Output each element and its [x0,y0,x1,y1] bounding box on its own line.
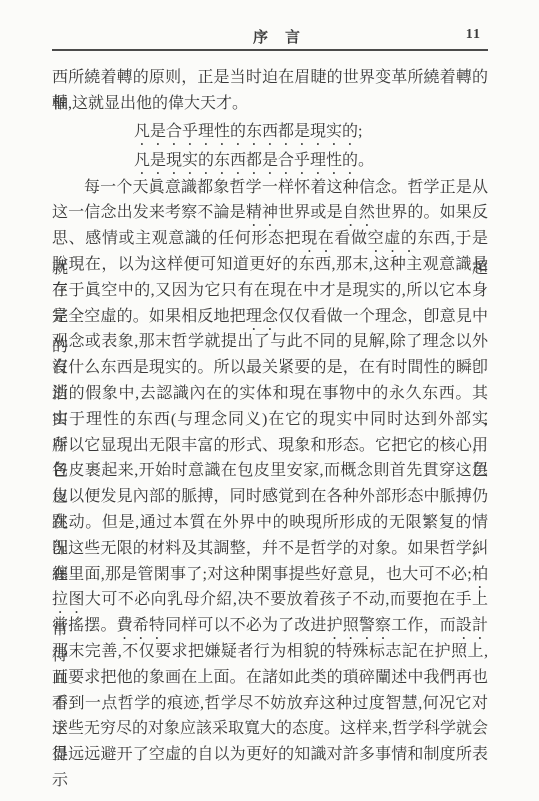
text-line: 得远远避开了空虛的自以为更好的知識对許多事情和制度所表示 [52,742,488,768]
text-line: 观念或表象,那末哲学就提出了与此不同的見解,除了理念以外沒 [52,329,488,355]
paragraph: 每一个天眞意識都象哲学一样怀着这种信念。哲学正是从这一信念出发来考察不論是精神世… [52,175,488,768]
text-line: 跳动。但是,通过本質在外界中的映現所形成的无限繁复的情况， [52,510,488,536]
book-page: 序 言 11 西所繞着轉的原则，正是当时迫在眉睫的世界变革所繞着轉的樞軸,这就显… [0,0,539,801]
text-line: 完全空虛的。如果相反地把理念仅仅看做一个理念，卽意見中的 [52,304,488,330]
text-line: 思、感情或主观意識的任何形态把現在看做空虛的东西,于是就超 [52,226,488,252]
text-segment: 常搖摆。 [52,617,117,634]
text-line: 由于理性的东西(与理念同义)在它的現实中同时达到外部实存， [52,407,488,433]
emphasized-text: 精神 [246,204,278,221]
text-line: 不到一点哲学的痕迹,哲学尽不妨放弃这种过度智慧,何况它对于 [52,691,488,717]
text-line: 逝的假象中,去認識內在的实体和現在事物中的永久东西。其实, [52,381,488,407]
text-segment: 在里面,那是管閑事了;对这种閑事提些好意見，也大可不必; [52,566,472,583]
emphasized-text: 柏 [472,566,488,583]
text-segment: 同样可以不必为了改进 [165,617,327,634]
text-line: 常搖摆。費希特同样可以不必为了改进护照警察工作，而設計得 [52,613,488,639]
text-segment: 工作，而 [391,617,456,634]
text-line: 每一个天眞意識都象哲学一样怀着这种信念。哲学正是从 [52,175,488,201]
emphasized-text: 自然 [343,204,375,221]
paragraph: 西所繞着轉的原则，正是当时迫在眉睫的世界变革所繞着轉的樞軸,这就显出他的偉大天才… [52,65,488,117]
emphasized-text: 費希特 [117,617,165,634]
text-segment: ; [358,123,362,140]
header-rule [52,49,488,51]
text-line: 在里面,那是管閑事了;对这种閑事提些好意見，也大可不必;柏 [52,562,488,588]
text-line: 那末完善,不仅要求把嫌疑者行为相貌的特殊标志記在护照上,而 [52,639,488,665]
text-segment: 思、感情或主观意識的任何形态把 [52,230,301,247]
text-line: 西所繞着轉的原则，正是当时迫在眉睫的世界变革所繞着轉的樞 [52,65,488,91]
text-line: 在于眞空中的,又因为它只有在現在中才是現实的,所以它本身是 [52,278,488,304]
emphasized-text: 护照警察 [327,617,392,634]
emphasized-text: 設計 [456,617,488,634]
emphasized-text: 凡是現实的东西都是合乎理性的 [134,152,358,169]
page-number: 11 [466,27,481,43]
text-segment: 每一个天眞意識都象哲学一样怀着这种信念。哲学正是从 [84,179,488,196]
text-segment: 軸,这就显出他的偉大天才。 [52,95,248,112]
text-line: 包皮裹起来,开始时意識在包皮里安家,而概念則首先貫穿这层包 [52,458,488,484]
text-line: 有什么东西是現实的。所以最关紧要的是，在有时間性的瞬卽消 [52,355,488,381]
text-line: 凡是合乎理性的东西都是現实的; [134,117,488,146]
text-line: 且要求把他的象画在上面。在諸如此类的瑣碎闡述中我們再也看 [52,665,488,691]
text-line: 脫現在，以为这样便可知道更好的东西,那末,这种主观意識是存 [52,252,488,278]
text-line: 軸,这就显出他的偉大天才。 [52,91,488,117]
text-segment: 这一信念出发来考察不論是 [52,204,246,221]
text-line: 凡是現实的东西都是合乎理性的。 [134,146,488,175]
page-header: 序 言 11 [52,26,488,46]
text-line: 皮以便发見內部的脈搏，同时感覚到在各种外部形态中脈搏仍在 [52,484,488,510]
text-segment: 。 [358,152,374,169]
text-line: 卽这些无限的材料及其調整，幷不是哲学的对象。如果哲学糾纏 [52,536,488,562]
text-line: 所以它显現出无限丰富的形式、現象和形态。它把它的核心用各色 [52,433,488,459]
running-title: 序 言 [253,26,301,47]
page-body: 西所繞着轉的原则，正是当时迫在眉睫的世界变革所繞着轉的樞軸,这就显出他的偉大天才… [52,65,488,768]
emphasized-text: 凡是合乎理性的东西都是現实的 [134,123,358,140]
text-segment: 得远远避开了空虛的自以为更好的知識对許多事情和制度所表示 [52,746,488,789]
emphasized-text: 理念 [246,308,278,325]
quote-paragraph: 凡是合乎理性的东西都是現实的;凡是現实的东西都是合乎理性的。 [52,117,488,175]
text-line: 这一信念出发来考察不論是精神世界或是自然世界的。如果反 [52,200,488,226]
text-segment: 看做 [334,230,367,247]
text-segment: 世界或是 [278,204,343,221]
text-segment: 世界的。如果反 [375,204,488,221]
emphasized-text: 拉图 [52,591,85,608]
text-line: 这些无穷尽的对象应該采取寬大的态度。这样来,哲学科学就会显 [52,716,488,742]
text-line: 拉图大可不必向乳母介紹,决不要放着孩子不动,而要抱在手上常 [52,587,488,613]
emphasized-text: 空虛的 [368,230,418,247]
text-segment: 完全空虛的。如果相反地把 [52,308,246,325]
emphasized-text: 現在 [301,230,334,247]
